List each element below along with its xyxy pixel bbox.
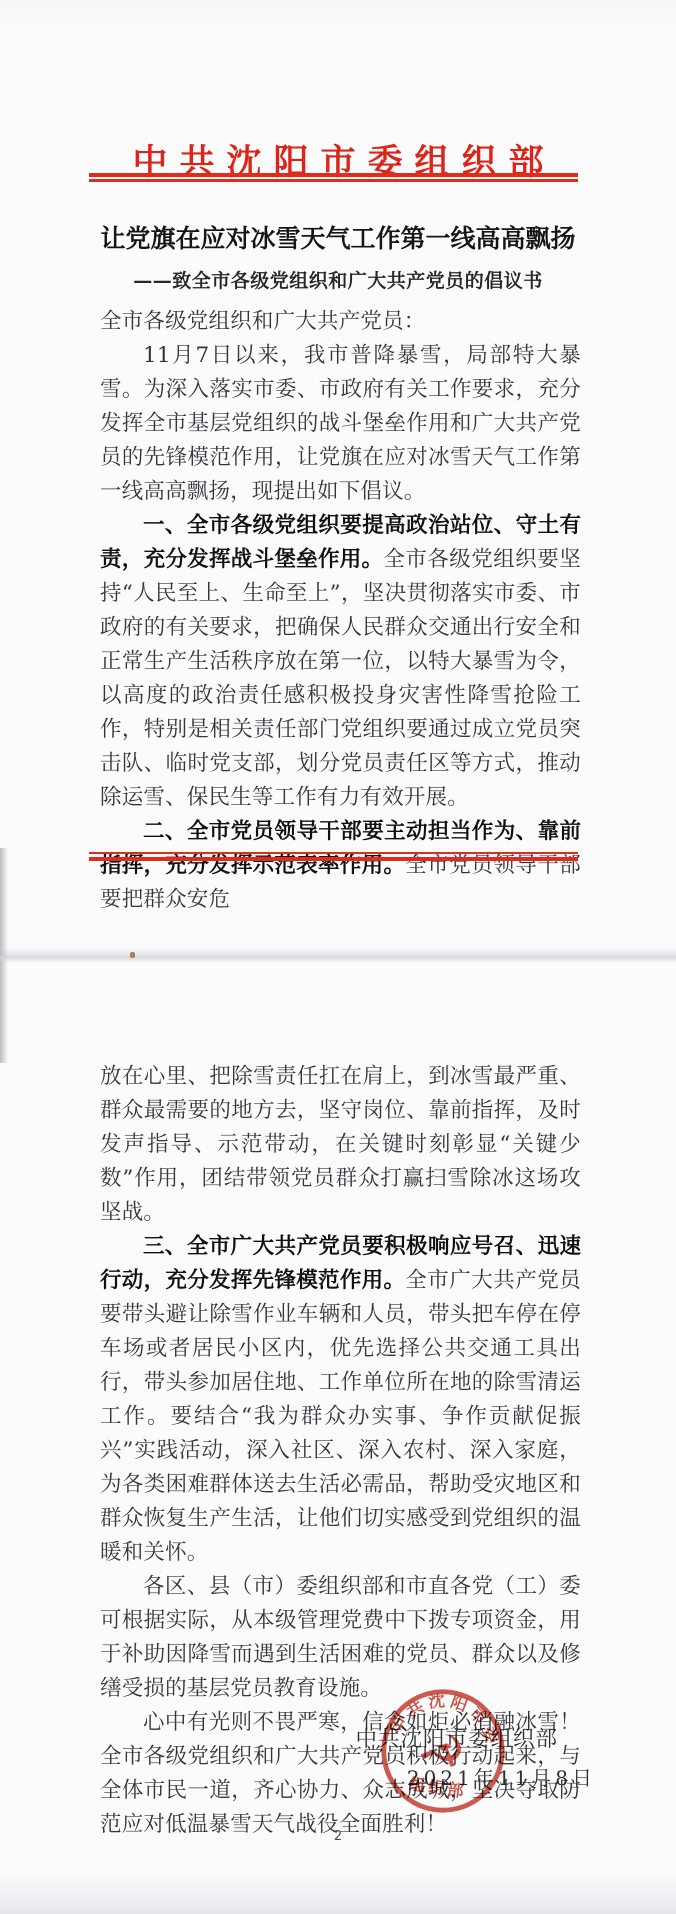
- document-title: 让党旗在应对冰雪天气工作第一线高高飘扬: [0, 219, 676, 255]
- seal-bottom-text: 组织部: [408, 1773, 468, 1801]
- salutation: 全市各级党组织和广大共产党员：: [100, 305, 581, 339]
- body-paragraph: 二、全市党员领导干部要主动担当作为、靠前指挥，充分发挥示范表率作用。全市党员领导…: [100, 815, 581, 917]
- body-paragraph: 一、全市各级党组织要提高政治站位、守土有责，充分发挥战斗堡垒作用。全市各级党组织…: [100, 509, 581, 815]
- page-fold-edge: [0, 948, 676, 964]
- body-paragraph: 各区、县（市）委组织部和市直各党（工）委可根据实际，从本级管理党费中下拨专项资金…: [100, 1570, 581, 1706]
- scan-speck: [130, 952, 135, 958]
- paragraph-lead-bold: 三、全市广大共产党员要积极响应号召、迅速行动，充分发挥先锋模范作用。: [100, 1234, 581, 1293]
- paragraph-lead-bold: 二、全市党员领导干部要主动担当作为、靠前指挥，充分发挥示范表率作用。: [100, 819, 581, 878]
- page1-body: 全市各级党组织和广大共产党员： 11月7日以来，我市普降暴雪，局部特大暴雪。为深…: [100, 305, 581, 917]
- body-paragraph: 放在心里、把除雪责任扛在肩上，到冰雪最严重、群众最需要的地方去，坚守岗位、靠前指…: [100, 1060, 581, 1230]
- body-paragraph: 11月7日以来，我市普降暴雪，局部特大暴雪。为深入落实市委、市政府有关工作要求，…: [100, 339, 581, 509]
- red-header-divider: [89, 173, 578, 182]
- page-number: 2: [0, 1829, 676, 1844]
- body-paragraph: 三、全市广大共产党员要积极响应号召、迅速行动，充分发挥先锋模范作用。全市广大共产…: [100, 1230, 581, 1570]
- paragraph-lead-bold: 一、全市各级党组织要提高政治站位、守土有责，充分发挥战斗堡垒作用。: [100, 513, 581, 572]
- document-subtitle: ——致全市各级党组织和广大共产党员的倡议书: [0, 266, 676, 293]
- official-seal: 中共沈阳市委 ☭ 组织部: [368, 1676, 517, 1825]
- red-footer-divider: [89, 852, 578, 861]
